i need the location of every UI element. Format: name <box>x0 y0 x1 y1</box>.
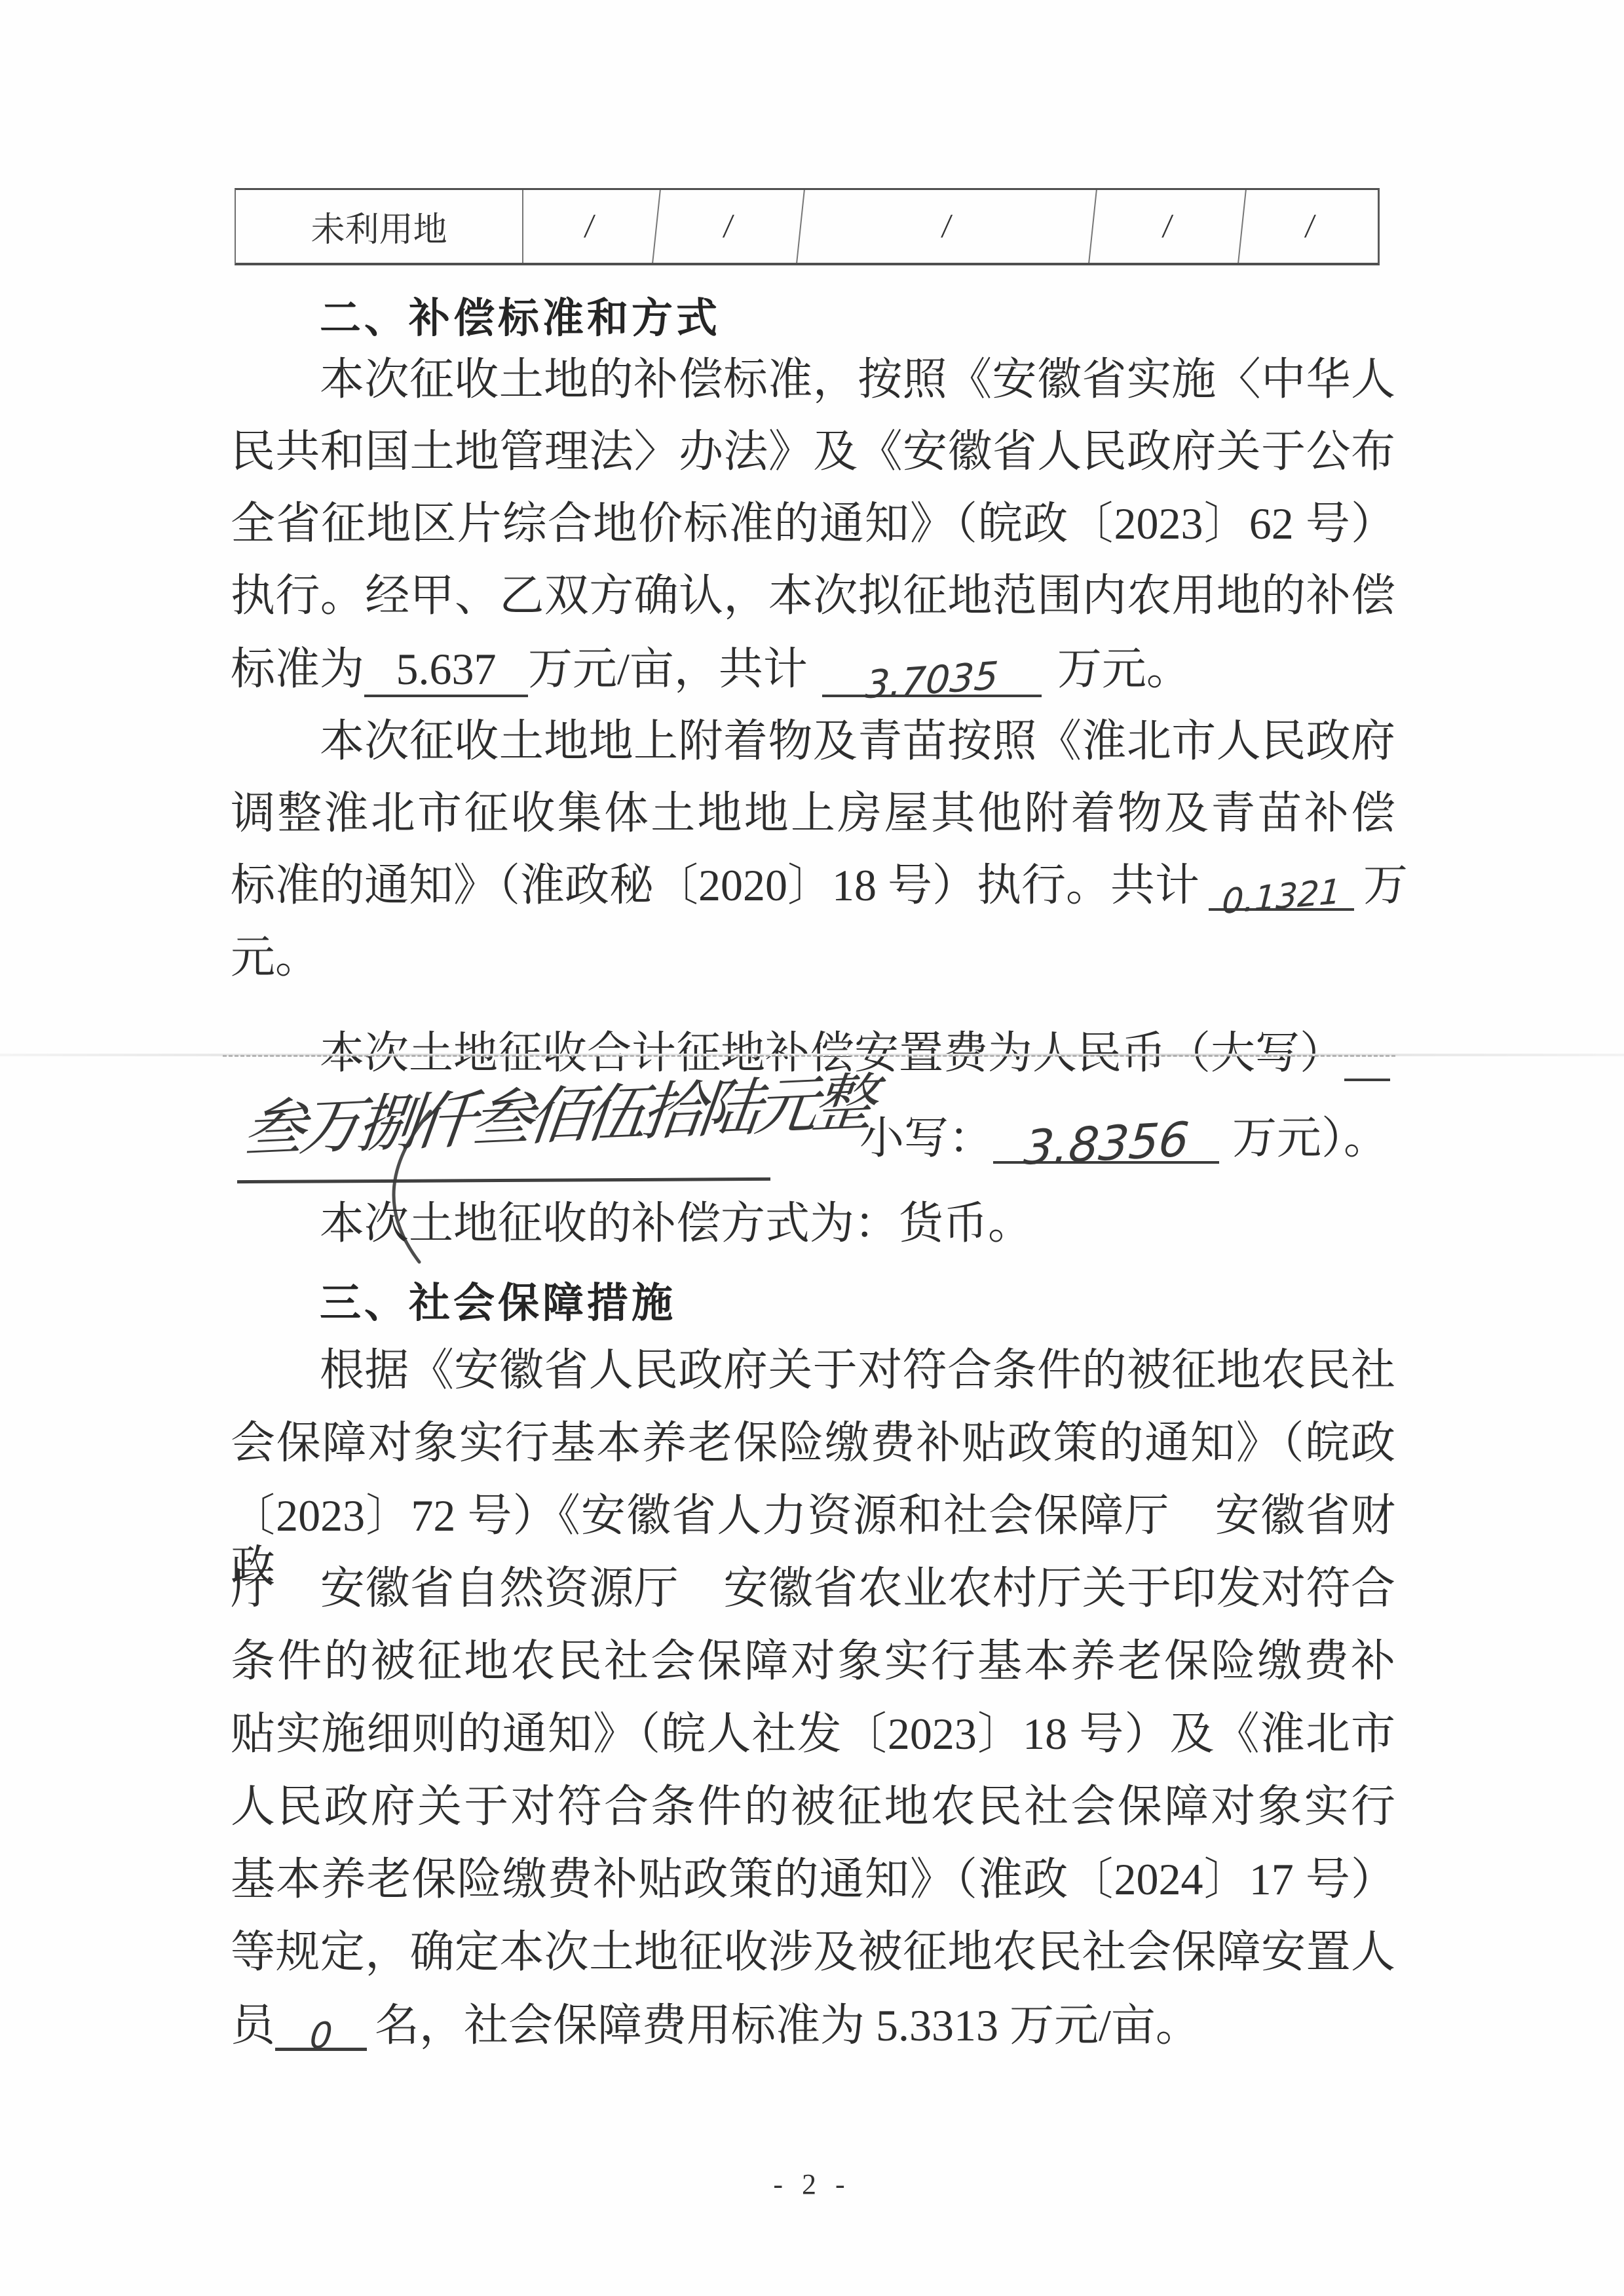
text-fragment: 员 <box>231 2000 275 2050</box>
text-fragment: 标准的通知》（淮政秘〔2020〕18 号）执行。共计 <box>231 860 1199 910</box>
amount-in-words-underline <box>237 1177 770 1183</box>
text-fragment: 万元。 <box>1057 644 1191 694</box>
table-cell-label: 未利用地 <box>236 190 523 263</box>
paragraph-line: 全省征地区片综合地价标准的通知》（皖政〔2023〕62 号） <box>231 498 1395 549</box>
paragraph-line-personnel-count: 员0名，社会保障费用标准为 5.3313 万元/亩。 <box>231 1999 1395 2051</box>
paragraph-line: 本次征收土地的补偿标准，按照《安徽省实施〈中华人 <box>231 354 1395 405</box>
paragraph-line: 人民政府关于对符合条件的被征地农民社会保障对象实行 <box>231 1781 1395 1832</box>
table-cell-slash: / <box>653 190 804 263</box>
paragraph-line: 会保障对象实行基本养老保险缴费补贴政策的通知》（皖政 <box>231 1417 1395 1468</box>
paragraph-line: 基本养老保险缴费补贴政策的通知》（淮政〔2024〕17 号） <box>231 1854 1395 1905</box>
handwritten-amount: 3.8356 <box>1021 1113 1190 1174</box>
paragraph-line: 厅 安徽省自然资源厅 安徽省农业农村厅关于印发对符合 <box>231 1563 1395 1614</box>
land-use-table-row: 未利用地 / / / / / <box>235 188 1380 265</box>
table-cell-slash: / <box>797 190 1097 263</box>
handwritten-amount-slot: 3.8356 <box>993 1113 1219 1164</box>
paragraph-line: 调整淮北市征收集体土地地上房屋其他附着物及青苗补偿 <box>231 788 1395 839</box>
handwritten-amount: 0.1321 <box>1220 866 1342 928</box>
paragraph-line: 根据《安徽省人民政府关于对符合条件的被征地农民社 <box>231 1345 1395 1396</box>
paragraph-line: 执行。经甲、乙双方确认，本次拟征地范围内农用地的补偿 <box>231 570 1395 621</box>
numeric-amount-line: 小写：3.8356万元）。 <box>859 1113 1388 1164</box>
paragraph-line: 条件的被征地农民社会保障对象实行基本养老保险缴费补 <box>231 1636 1395 1687</box>
handwritten-count-slot: 0 <box>275 1999 367 2051</box>
section-2-heading: 二、补偿标准和方式 <box>320 285 721 345</box>
page-number: - 2 - <box>0 2168 1624 2201</box>
table-cell-slash: / <box>519 190 661 263</box>
scanned-document-page: 未利用地 / / / / / 二、补偿标准和方式 本次征收土地的补偿标准，按照《… <box>0 0 1624 2296</box>
paragraph-line: 本次土地征收的补偿方式为：货币。 <box>231 1198 1395 1249</box>
table-cell-slash: / <box>1089 190 1247 263</box>
paragraph-line: 贴实施细则的通知》（皖人社发〔2023〕18 号）及《淮北市 <box>231 1708 1395 1759</box>
rate-value-underlined: 5.637 <box>364 643 528 697</box>
table-cell-slash: / <box>1239 190 1381 263</box>
paragraph-line-compensation-total: 标准为5.637万元/亩，共计3.7035万元。 <box>231 643 1395 697</box>
handwritten-total-slot: 3.7035 <box>822 646 1042 697</box>
text-fragment: 万元）。 <box>1232 1113 1388 1164</box>
text-fragment: 小写： <box>859 1113 993 1164</box>
handwritten-count: 0 <box>308 2010 334 2063</box>
paragraph-line: 等规定，确定本次土地征收涉及被征地农民社会保障安置人 <box>231 1926 1395 1978</box>
paragraph-line: 本次征收土地地上附着物及青苗按照《淮北市人民政府 <box>231 716 1395 767</box>
paragraph-line: 元。 <box>231 932 1395 983</box>
text-fragment: 万 <box>1363 860 1408 910</box>
paragraph-line-attachment-total: 标准的通知》（淮政秘〔2020〕18 号）执行。共计0.1321万 <box>231 860 1395 911</box>
text-fragment: 名，社会保障费用标准为 5.3313 万元/亩。 <box>375 2000 1200 2050</box>
text-fragment: 标准为 <box>231 644 364 694</box>
text-fragment: 万元/亩，共计 <box>528 644 808 694</box>
handwritten-amount: 3.7035 <box>863 650 1000 711</box>
section-3-heading: 三、社会保障措施 <box>320 1270 676 1330</box>
handwritten-total-slot: 0.1321 <box>1209 860 1354 911</box>
paragraph-line: 民共和国土地管理法〉办法》及《安徽省人民政府关于公布 <box>231 426 1395 477</box>
